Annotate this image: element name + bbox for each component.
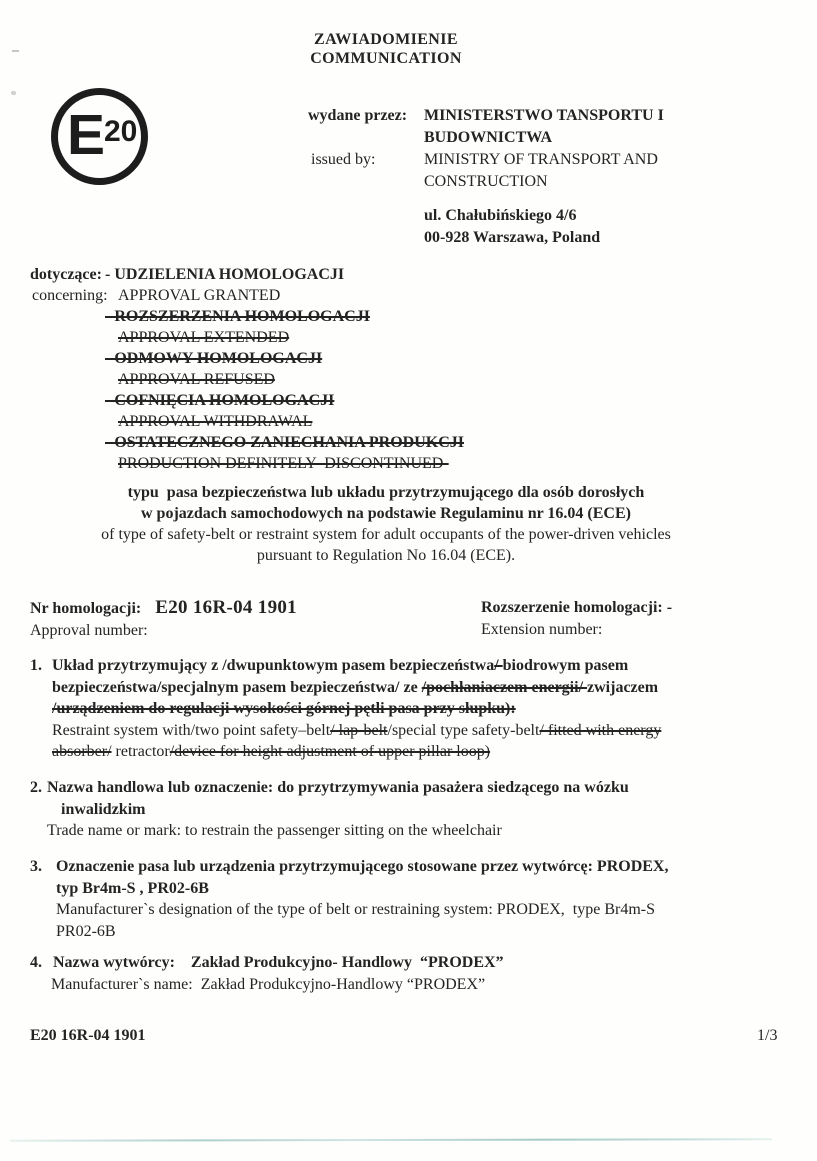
subject-paragraph: typu pasa bezpieczeństwa lub układu przy… (0, 482, 772, 566)
title-english: COMMUNICATION (0, 49, 772, 68)
concerning-item-pl: - COFNIĘCIA HOMOLOGACJI (105, 390, 750, 411)
concerning-item-pl: - OSTATECZNEGO ZANIECHANIA PRODUKCJI (105, 432, 750, 453)
scan-speck (11, 91, 16, 95)
item3-pl-line2: typ Br4m-S , PR02-6B (56, 878, 778, 900)
concerning-items: - UDZIELENIA HOMOLOGACJI APPROVAL GRANTE… (105, 264, 750, 474)
scan-artifact-line (10, 1138, 772, 1142)
approval-number-block: Nr homologacji:E20 16R-04 1901 Approval … (30, 597, 297, 642)
struck-segment: / (494, 657, 502, 674)
concerning-label-en: concerning: (32, 285, 108, 306)
struck-segment: / fitted with energy (539, 722, 661, 739)
approval-number-label-en: Approval number: (30, 620, 297, 642)
item-number: 4. (30, 952, 42, 974)
scanned-document-page: ZAWIADOMIENIE COMMUNICATION E 20 wydane … (0, 0, 817, 1161)
e-mark-number: 20 (104, 117, 137, 147)
item-4: 4. Nazwa wytwórcy: Zakład Produkcyjno- H… (30, 952, 778, 995)
extension-label-en: Extension number: (481, 619, 672, 641)
item-number: 3. (30, 856, 42, 878)
concerning-item-pl: - UDZIELENIA HOMOLOGACJI (105, 264, 750, 285)
issuer-address-line1: ul. Chałubińskiego 4/6 (424, 205, 764, 227)
concerning-section: dotyczące: concerning: - UDZIELENIA HOMO… (30, 264, 750, 474)
text-segment: Układ przytrzymujący z /dwupunktowym pas… (52, 657, 494, 674)
concerning-item-pl: - ODMOWY HOMOLOGACJI (105, 348, 750, 369)
item-number: 1. (30, 655, 42, 677)
concerning-label-pl: dotyczące: (30, 264, 102, 285)
text-segment: retractor (112, 743, 170, 760)
extension-label-pl: Rozszerzenie homologacji: - (481, 597, 672, 619)
issued-by-label-pl: wydane przez: (308, 105, 407, 127)
issuer-name-pl: MINISTERSTWO TANSPORTU I BUDOWNICTWA (424, 105, 764, 149)
e-approval-mark-icon: E 20 (51, 88, 148, 185)
item4-pl: Nazwa wytwórcy: Zakład Produkcyjno- Hand… (53, 952, 778, 974)
item1-pl-line1: Układ przytrzymujący z /dwupunktowym pas… (52, 655, 778, 677)
item2-en: Trade name or mark: to restrain the pass… (47, 820, 778, 842)
text-segment: /special type safety-belt (388, 722, 540, 739)
concerning-item-en: PRODUCTION DEFINITELY DISCONTINUED- (118, 453, 750, 474)
item2-pl-line2: inwalidzkim (61, 799, 778, 821)
concerning-item-en: APPROVAL EXTENDED (118, 327, 750, 348)
issuer-name-en-line2: CONSTRUCTION (424, 171, 764, 193)
item-1: 1. Układ przytrzymujący z /dwupunktowym … (30, 655, 778, 763)
subject-en-line2: pursuant to Regulation No 16.04 (ECE). (0, 545, 772, 566)
struck-segment: /device for height adjustment of upper p… (170, 743, 490, 760)
struck-segment: /pochłaniaczem energii/ (422, 679, 587, 696)
issuer-name-pl-line2: BUDOWNICTWA (424, 127, 764, 149)
subject-pl-line2: w pojazdach samochodowych na podstawie R… (0, 503, 772, 524)
issuer-address: ul. Chałubińskiego 4/6 00-928 Warszawa, … (424, 205, 764, 249)
item2-pl-line1: Nazwa handlowa lub oznaczenie: do przytr… (47, 777, 778, 799)
concerning-item-en: APPROVAL WITHDRAWAL (118, 411, 750, 432)
approval-number-label-pl: Nr homologacji: (30, 600, 141, 617)
issuer-name-en: MINISTRY OF TRANSPORT AND CONSTRUCTION (424, 149, 764, 193)
item3-en-line2: PR02-6B (56, 921, 778, 943)
footer-approval-number: E20 16R-04 1901 (30, 1025, 146, 1047)
item-number: 2. (30, 777, 42, 799)
item3-en-line1: Manufacturer`s designation of the type o… (56, 899, 778, 921)
item1-pl-line3: /urządzeniem do regulacji wysokości górn… (52, 698, 778, 720)
text-segment: zwijaczem (587, 679, 658, 696)
e-mark-letter: E (67, 107, 105, 164)
text-segment: bezpieczeństwa/specjalnym pasem bezpiecz… (52, 679, 422, 696)
concerning-item-en: APPROVAL GRANTED (118, 285, 750, 306)
text-segment: Restraint system with/two point safety–b… (52, 722, 330, 739)
issuer-name-pl-line1: MINISTERSTWO TANSPORTU I (424, 105, 764, 127)
item1-pl-line2: bezpieczeństwa/specjalnym pasem bezpiecz… (52, 677, 778, 699)
item4-en: Manufacturer`s name: Zakład Produkcyjno-… (51, 974, 778, 996)
struck-segment: / lap-belt (330, 722, 387, 739)
item3-pl-line1: Oznaczenie pasa lub urządzenia przytrzym… (56, 856, 778, 878)
subject-en-line1: of type of safety-belt or restraint syst… (0, 524, 772, 545)
item1-en-line1: Restraint system with/two point safety–b… (52, 720, 778, 742)
extension-number-block: Rozszerzenie homologacji: - Extension nu… (481, 597, 672, 641)
title-polish: ZAWIADOMIENIE (0, 30, 772, 49)
subject-pl-line1: typu pasa bezpieczeństwa lub układu przy… (0, 482, 772, 503)
concerning-item-en: APPROVAL REFUSED (118, 369, 750, 390)
item-3: 3. Oznaczenie pasa lub urządzenia przytr… (30, 856, 778, 942)
text-segment: biodrowym pasem (503, 657, 629, 674)
item-2: 2. Nazwa handlowa lub oznaczenie: do prz… (30, 777, 778, 842)
footer-page-number: 1/3 (757, 1025, 777, 1047)
struck-segment: absorber/ (52, 743, 112, 760)
issuer-address-line2: 00-928 Warszawa, Poland (424, 227, 764, 249)
struck-segment: /urządzeniem do regulacji wysokości górn… (52, 700, 516, 717)
concerning-item-pl: - ROZSZERZENIA HOMOLOGACJI (105, 306, 750, 327)
document-title: ZAWIADOMIENIE COMMUNICATION (0, 30, 772, 68)
issued-by-label-en: issued by: (311, 149, 375, 171)
approval-number-value: E20 16R-04 1901 (155, 597, 297, 618)
item1-en-line2: absorber/ retractor/device for height ad… (52, 741, 778, 763)
issuer-name-en-line1: MINISTRY OF TRANSPORT AND (424, 149, 764, 171)
